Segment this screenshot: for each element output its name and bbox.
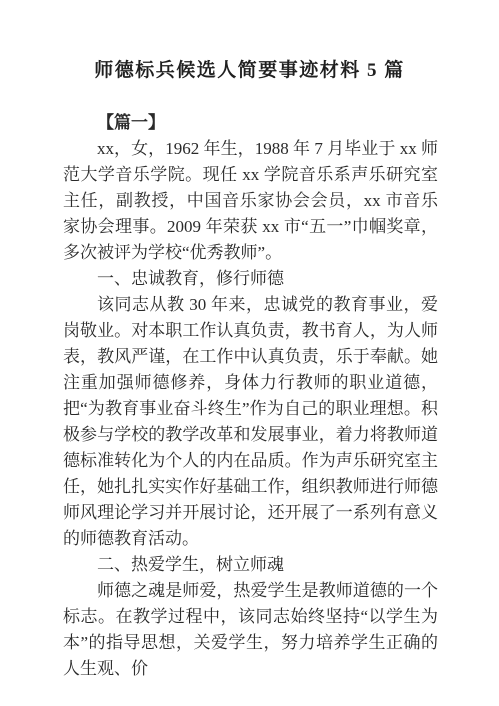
document-body: 【篇一】xx，女，1962 年生，1988 年 7 月毕业于 xx 师范大学音乐… [63, 110, 438, 682]
paragraph: 该同志从教 30 年来，忠诚党的教育事业，爱岗敬业。对本职工作认真负责，教书育人… [63, 292, 438, 552]
document-page: 师德标兵候选人简要事迹材料 5 篇 【篇一】xx，女，1962 年生，1988 … [0, 0, 499, 706]
section-label: 【篇一】 [63, 110, 438, 136]
paragraph: xx，女，1962 年生，1988 年 7 月毕业于 xx 师范大学音乐学院。现… [63, 136, 438, 266]
section-heading: 一、忠诚教育，修行师德 [63, 266, 438, 292]
document-title: 师德标兵候选人简要事迹材料 5 篇 [20, 56, 479, 86]
section-heading: 二、热爱学生，树立师魂 [63, 552, 438, 578]
paragraph: 师德之魂是师爱，热爱学生是教师道德的一个标志。在教学过程中，该同志始终坚持“以学… [63, 578, 438, 682]
